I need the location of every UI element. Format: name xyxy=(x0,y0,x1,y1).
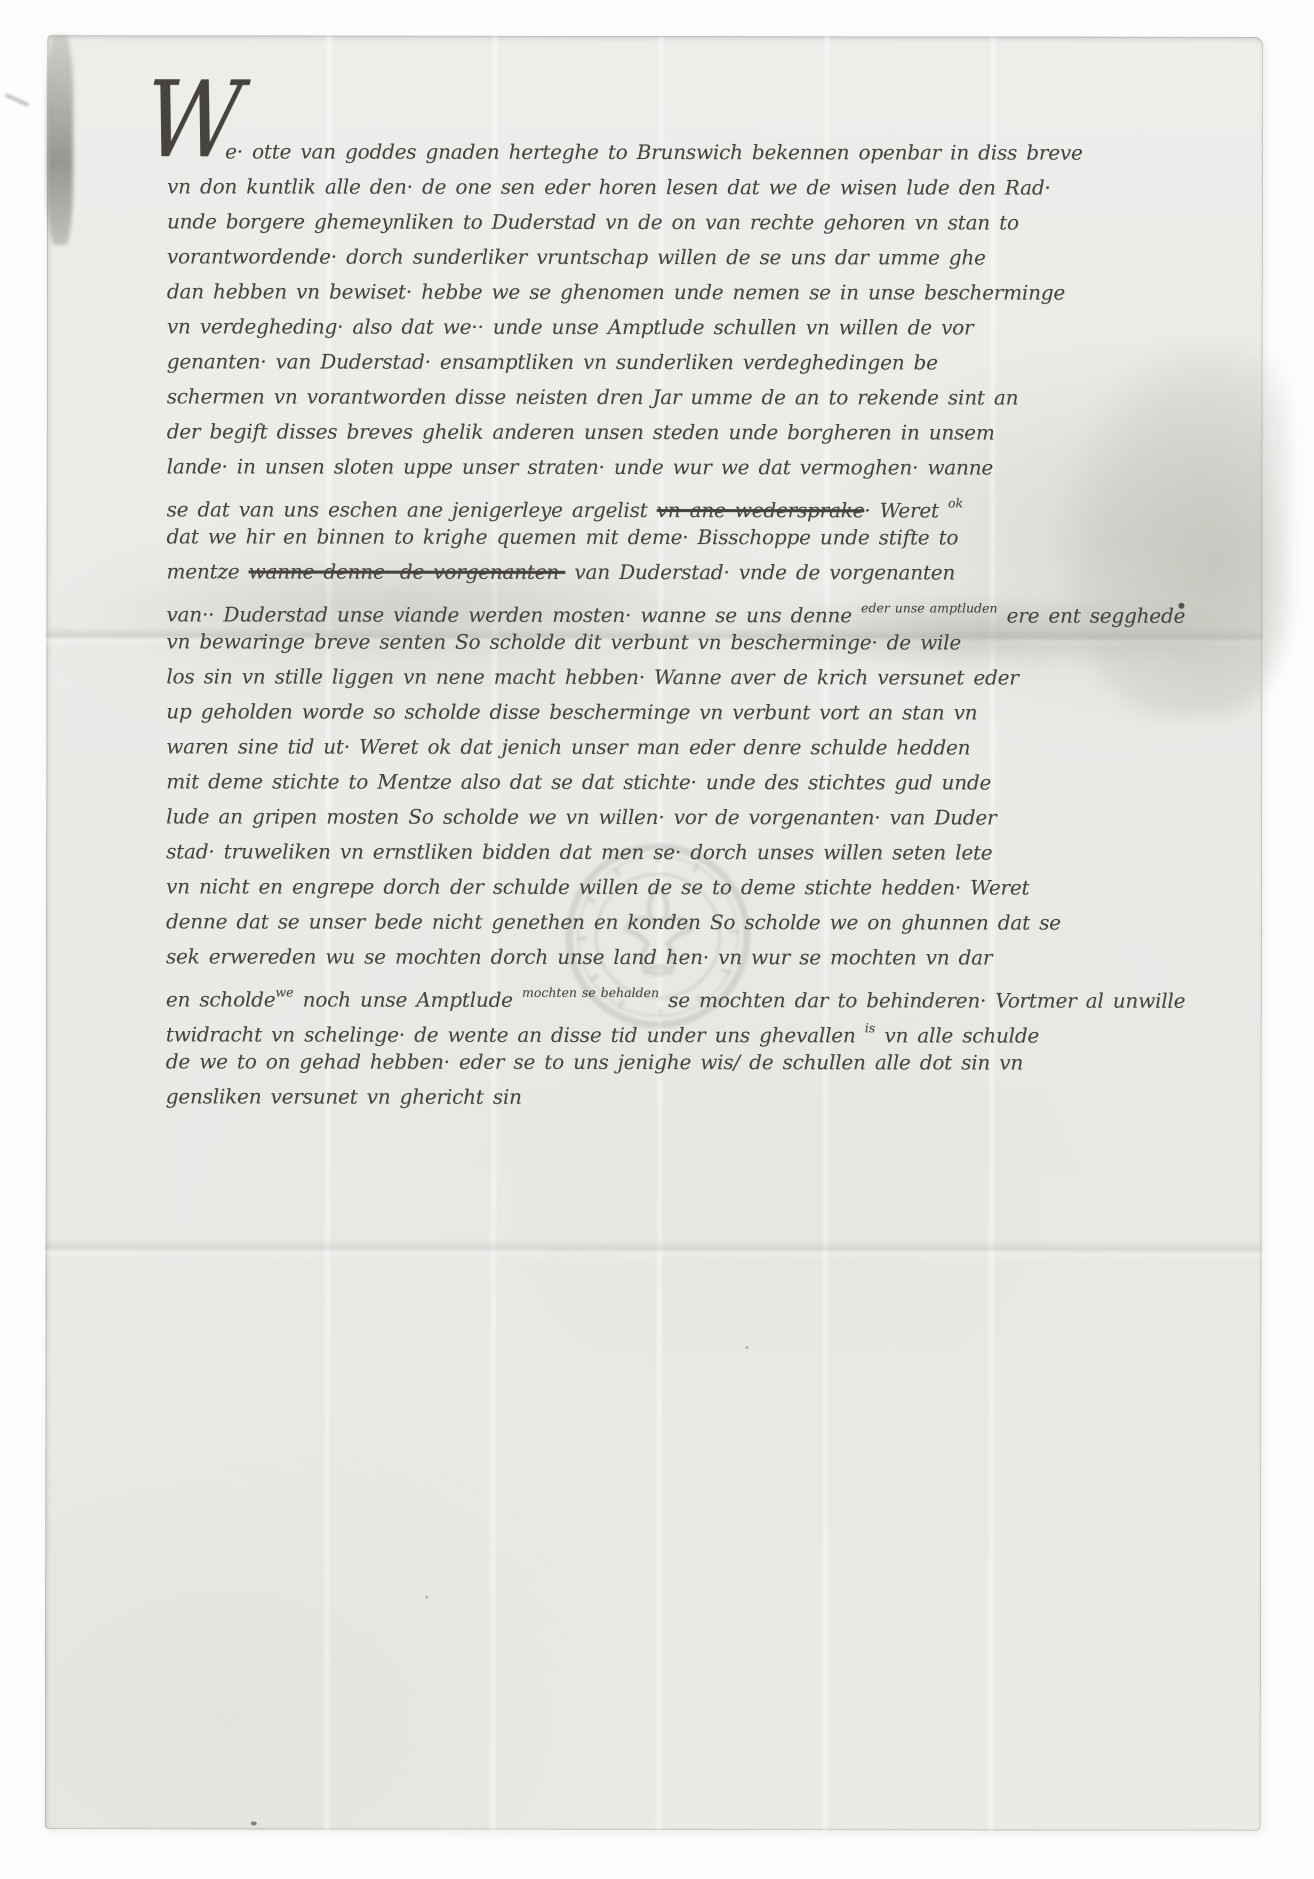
manuscript-line: dan hebben vn bewiset· hebbe we se gheno… xyxy=(167,274,1047,310)
text-segment: e· otte van goddes gnaden herteghe to Br… xyxy=(225,139,1083,164)
text-segment: sek erwereden wu se mochten dorch unse l… xyxy=(166,944,992,969)
text-segment: vorantwordende· dorch sunderliker vrunts… xyxy=(167,244,986,269)
text-segment: denne dat se unser bede nicht genethen e… xyxy=(166,909,1061,934)
manuscript-line: vn nicht en engrepe dorch der schulde wi… xyxy=(166,869,1046,905)
text-segment: vn don kuntlik alle den· de one sen eder… xyxy=(167,174,1051,199)
interlinear-insertion: is xyxy=(865,1020,875,1035)
manuscript-line: e· otte van goddes gnaden herteghe to Br… xyxy=(167,134,1047,170)
photograph-background: { "colors": { "background": "#fdfdfd", "… xyxy=(0,0,1314,1879)
text-segment: waren sine tid ut· Weret ok dat jenich u… xyxy=(166,734,970,759)
ink-speck xyxy=(745,1346,748,1349)
interlinear-insertion: ok xyxy=(948,495,963,510)
text-segment: en scholde xyxy=(166,987,276,1011)
text-segment: noch unse Amptlude xyxy=(293,987,522,1011)
text-segment: gensliken versunet vn ghericht sin xyxy=(166,1084,522,1108)
text-segment: mit deme stichte to Mentze also dat se d… xyxy=(166,769,991,794)
ink-speck xyxy=(251,1821,257,1825)
manuscript-line: twidracht vn schelinge· de wente an diss… xyxy=(166,1009,1046,1045)
interlinear-insertion: mochten se behalden xyxy=(522,985,659,1000)
manuscript-line: waren sine tid ut· Weret ok dat jenich u… xyxy=(166,729,1046,765)
manuscript-line: sek erwereden wu se mochten dorch unse l… xyxy=(166,939,1046,975)
text-segment: schermen vn vorantworden disse neisten d… xyxy=(167,384,1019,409)
text-segment: se mochten dar to behinderen· Vortmer al… xyxy=(659,988,1185,1013)
ink-speck xyxy=(425,1596,428,1599)
manuscript-line: vn don kuntlik alle den· de one sen eder… xyxy=(167,169,1047,205)
text-segment: unde borgere ghemeynliken to Duderstad v… xyxy=(167,209,1019,234)
manuscript-line: lande· in unsen sloten uppe unser strate… xyxy=(167,449,1047,485)
manuscript-line: se dat van uns eschen ane jenigerleye ar… xyxy=(167,484,1047,520)
manuscript-line: denne dat se unser bede nicht genethen e… xyxy=(166,904,1046,940)
text-segment: lude an gripen mosten So scholde we vn w… xyxy=(166,804,996,829)
text-segment: · Weret xyxy=(864,498,948,522)
text-segment: se dat van uns eschen ane jenigerleye ar… xyxy=(167,497,657,522)
text-segment: mentze xyxy=(166,559,248,583)
manuscript-line: vn verdegheding· also dat we·· unde unse… xyxy=(167,309,1047,345)
manuscript-line: vn bewaringe breve senten So scholde dit… xyxy=(166,624,1046,660)
text-segment: stad· truweliken vn ernstliken bidden da… xyxy=(166,839,992,864)
text-segment: vn bewaringe breve senten So scholde dit… xyxy=(166,629,961,654)
text-segment: dan hebben vn bewiset· hebbe we se gheno… xyxy=(167,279,1065,304)
manuscript-line: gensliken versunet vn ghericht sin xyxy=(166,1079,1046,1115)
text-segment: los sin vn stille liggen vn nene macht h… xyxy=(166,664,1018,689)
manuscript-line: up geholden worde so scholde disse besch… xyxy=(166,694,1046,730)
text-segment: ere ent segghede xyxy=(997,603,1185,627)
text-segment: der begift disses breves ghelik anderen … xyxy=(167,419,995,444)
manuscript-line: en scholdewe noch unse Amptlude mochten … xyxy=(166,974,1046,1010)
manuscript-text: e· otte van goddes gnaden herteghe to Br… xyxy=(166,134,1047,1115)
manuscript-line: vorantwordende· dorch sunderliker vrunts… xyxy=(167,239,1047,275)
horizontal-fold-crease xyxy=(46,1239,1262,1261)
edge-stain xyxy=(47,35,73,245)
text-segment: lande· in unsen sloten uppe unser strate… xyxy=(167,454,993,479)
text-segment: dat we hir en binnen to krighe quemen mi… xyxy=(167,524,959,549)
manuscript-line: unde borgere ghemeynliken to Duderstad v… xyxy=(167,204,1047,240)
interlinear-insertion: we xyxy=(275,984,293,999)
manuscript-line: stad· truweliken vn ernstliken bidden da… xyxy=(166,834,1046,870)
text-segment: van Duderstad· vnde de vorgenanten xyxy=(565,560,955,585)
manuscript-line: dat we hir en binnen to krighe quemen mi… xyxy=(167,519,1047,555)
text-segment: vn nicht en engrepe dorch der schulde wi… xyxy=(166,874,1029,899)
text-segment: vn alle schulde xyxy=(875,1023,1039,1047)
manuscript-line: van·· Duderstad unse viande werden moste… xyxy=(166,589,1046,625)
text-segment: genanten· van Duderstad· ensamptliken vn… xyxy=(167,349,938,374)
manuscript-line: schermen vn vorantworden disse neisten d… xyxy=(167,379,1047,415)
manuscript-line: los sin vn stille liggen vn nene macht h… xyxy=(166,659,1046,695)
struck-text: vn ane wedersprake xyxy=(657,498,865,522)
text-segment: up geholden worde so scholde disse besch… xyxy=(166,699,977,724)
manuscript-line: mentze wanne denne· de vorgenanten· van … xyxy=(166,554,1046,590)
manuscript-line: genanten· van Duderstad· ensamptliken vn… xyxy=(167,344,1047,380)
struck-text: wanne denne· de vorgenanten· xyxy=(249,559,566,583)
manuscript-line: mit deme stichte to Mentze also dat se d… xyxy=(166,764,1046,800)
text-segment: vn verdegheding· also dat we·· unde unse… xyxy=(167,314,974,339)
pencil-mark xyxy=(4,93,29,107)
manuscript-sheet: W e· otte van goddes gnaden herteghe to … xyxy=(45,35,1264,1831)
interlinear-insertion: eder unse amptluden xyxy=(861,600,997,615)
manuscript-line: der begift disses breves ghelik anderen … xyxy=(167,414,1047,450)
text-segment: de we to on gehad hebben· eder se to uns… xyxy=(166,1049,1023,1074)
manuscript-line: de we to on gehad hebben· eder se to uns… xyxy=(166,1044,1046,1080)
manuscript-line: lude an gripen mosten So scholde we vn w… xyxy=(166,799,1046,835)
